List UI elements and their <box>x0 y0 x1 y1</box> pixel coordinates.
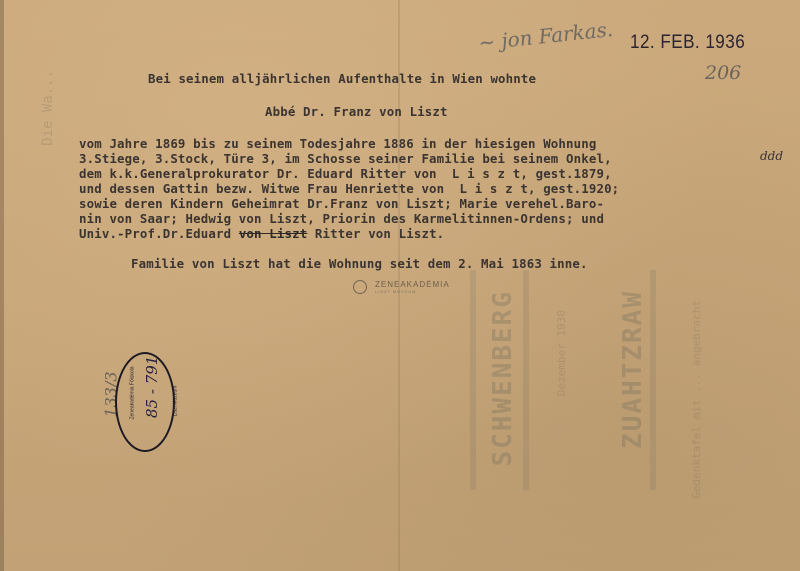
margin-correction: ddd <box>760 149 783 163</box>
stamp-arc-text-left: Zeneakadémia Főiskola <box>130 366 136 419</box>
zeneakademia-logo-icon <box>353 280 367 294</box>
bleed-through-left: Die Wa... <box>40 70 56 146</box>
body-line-2: 3.Stiege, 3.Stock, Türe 3, im Schosse se… <box>79 151 612 166</box>
struck-text: von Liszt <box>239 226 308 241</box>
paper-edge <box>0 0 4 571</box>
body-line-4: und dessen Gattin bezw. Witwe Frau Henri… <box>79 181 619 196</box>
bleed-through-text-4: Gedenktafel mit ... angebracht <box>690 300 703 499</box>
archival-document-page: Die Wa... SCHWENBERG Dezember 1930 ZUAHT… <box>0 0 800 571</box>
stamp-arc-text-right: Liszt Múzeum <box>172 386 178 417</box>
heading-line-1: Bei seinem alljährlichen Aufenthalte in … <box>148 71 536 86</box>
bleed-bar <box>523 270 529 490</box>
pencil-page-number: 206 <box>705 62 741 84</box>
watermark-name: ZENEAKADÉMIA <box>375 281 450 289</box>
date-stamp: 12. FEB. 1936 <box>630 32 745 54</box>
body-line-5: sowie deren Kindern Geheimrat Dr.Franz v… <box>79 196 604 211</box>
heading-line-2: Abbé Dr. Franz von Liszt <box>265 104 448 119</box>
body-line-3: dem k.k.Generalprokurator Dr. Eduard Rit… <box>79 166 612 181</box>
bleed-through-text-2: Dezember 1930 <box>555 310 568 396</box>
pencil-signature: ~ jon Farkas. <box>477 17 614 55</box>
archive-stamp-number: 85 - 791 <box>143 368 161 418</box>
bleed-through-text-1: SCHWENBERG <box>488 290 518 467</box>
body-line-7-end: Ritter von Liszt. <box>307 226 444 241</box>
watermark-sub: LISZT MÚZEUM <box>375 289 450 294</box>
body-line-8: Familie von Liszt hat die Wohnung seit d… <box>131 256 588 271</box>
body-line-1: vom Jahre 1869 bis zu seinem Todesjahre … <box>79 136 596 151</box>
body-line-7-start: Univ.-Prof.Dr.Eduard <box>79 226 239 241</box>
body-line-7: Univ.-Prof.Dr.Eduard von Liszt Ritter vo… <box>79 226 444 241</box>
bleed-bar <box>470 270 476 490</box>
body-line-6: nin von Saar; Hedwig von Liszt, Priorin … <box>79 211 604 226</box>
bleed-through-text-3: ZUAHTZRAW <box>618 290 648 449</box>
zeneakademia-watermark: ZENEAKADÉMIA LISZT MÚZEUM <box>353 280 450 294</box>
bleed-bar <box>650 270 656 490</box>
